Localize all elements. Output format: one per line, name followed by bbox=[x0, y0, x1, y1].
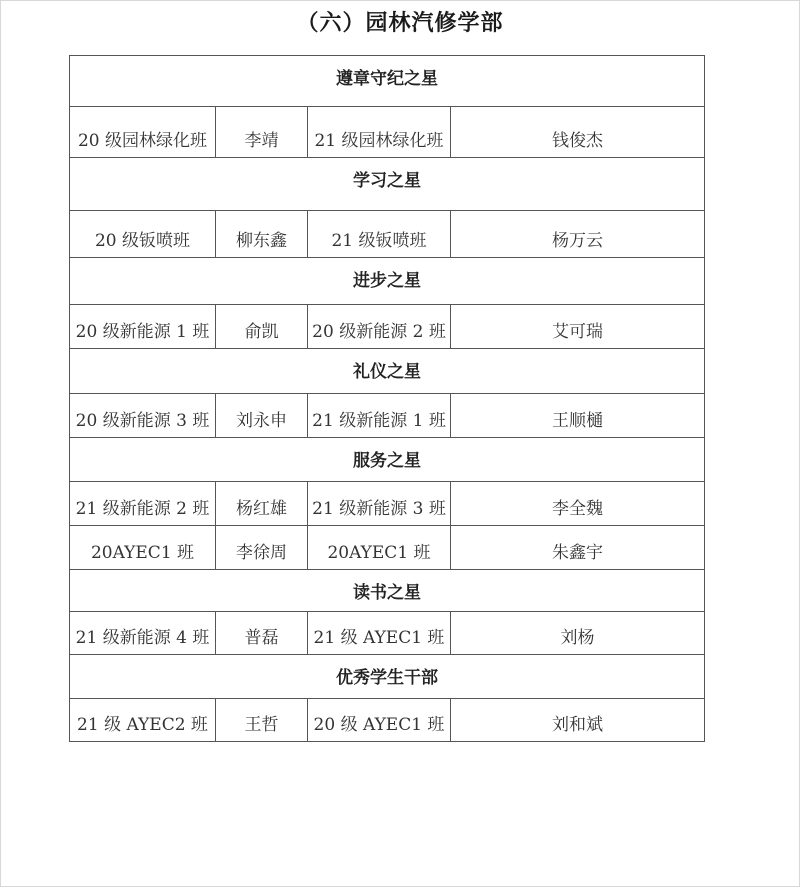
category-title: 优秀学生干部 bbox=[70, 655, 705, 699]
table-row: 21 级新能源 4 班 普磊 21 级 AYEC1 班 刘杨 bbox=[70, 612, 705, 655]
table-row: 21 级新能源 2 班 杨红雄 21 级新能源 3 班 李全魏 bbox=[70, 482, 705, 526]
table-row: 20AYEC1 班 李徐周 20AYEC1 班 朱鑫宇 bbox=[70, 526, 705, 570]
student-name-cell: 柳东鑫 bbox=[216, 211, 308, 258]
category-title: 学习之星 bbox=[70, 158, 705, 211]
category-row: 进步之星 bbox=[70, 258, 705, 305]
student-name-cell: 李徐周 bbox=[216, 526, 308, 570]
class-cell: 21 级园林绿化班 bbox=[308, 107, 451, 158]
student-name-cell: 朱鑫宇 bbox=[451, 526, 705, 570]
awards-table: 遵章守纪之星 20 级园林绿化班 李靖 21 级园林绿化班 钱俊杰 学习之星 2… bbox=[69, 55, 705, 742]
student-name-cell: 刘和斌 bbox=[451, 699, 705, 742]
student-name-cell: 艾可瑞 bbox=[451, 305, 705, 349]
section-title: （六）园林汽修学部 bbox=[0, 6, 800, 37]
category-title: 服务之星 bbox=[70, 438, 705, 482]
class-cell: 21 级 AYEC1 班 bbox=[308, 612, 451, 655]
class-cell: 21 级新能源 2 班 bbox=[70, 482, 216, 526]
class-cell: 21 级新能源 4 班 bbox=[70, 612, 216, 655]
category-title: 遵章守纪之星 bbox=[70, 56, 705, 107]
category-row: 礼仪之星 bbox=[70, 349, 705, 394]
student-name-cell: 俞凯 bbox=[216, 305, 308, 349]
student-name-cell: 刘杨 bbox=[451, 612, 705, 655]
class-cell: 20 级 AYEC1 班 bbox=[308, 699, 451, 742]
class-cell: 21 级新能源 3 班 bbox=[308, 482, 451, 526]
category-title: 礼仪之星 bbox=[70, 349, 705, 394]
category-row: 学习之星 bbox=[70, 158, 705, 211]
class-cell: 20AYEC1 班 bbox=[70, 526, 216, 570]
category-title: 读书之星 bbox=[70, 570, 705, 612]
student-name-cell: 刘永申 bbox=[216, 394, 308, 438]
student-name-cell: 李靖 bbox=[216, 107, 308, 158]
student-name-cell: 普磊 bbox=[216, 612, 308, 655]
student-name-cell: 钱俊杰 bbox=[451, 107, 705, 158]
table-row: 20 级新能源 1 班 俞凯 20 级新能源 2 班 艾可瑞 bbox=[70, 305, 705, 349]
category-row: 服务之星 bbox=[70, 438, 705, 482]
class-cell: 21 级 AYEC2 班 bbox=[70, 699, 216, 742]
student-name-cell: 王顺樋 bbox=[451, 394, 705, 438]
student-name-cell: 杨万云 bbox=[451, 211, 705, 258]
category-row: 优秀学生干部 bbox=[70, 655, 705, 699]
table-row: 20 级钣喷班 柳东鑫 21 级钣喷班 杨万云 bbox=[70, 211, 705, 258]
table-row: 21 级 AYEC2 班 王哲 20 级 AYEC1 班 刘和斌 bbox=[70, 699, 705, 742]
category-title: 进步之星 bbox=[70, 258, 705, 305]
class-cell: 20AYEC1 班 bbox=[308, 526, 451, 570]
student-name-cell: 李全魏 bbox=[451, 482, 705, 526]
class-cell: 20 级新能源 3 班 bbox=[70, 394, 216, 438]
student-name-cell: 杨红雄 bbox=[216, 482, 308, 526]
category-row: 读书之星 bbox=[70, 570, 705, 612]
class-cell: 20 级园林绿化班 bbox=[70, 107, 216, 158]
category-row: 遵章守纪之星 bbox=[70, 56, 705, 107]
table-row: 20 级新能源 3 班 刘永申 21 级新能源 1 班 王顺樋 bbox=[70, 394, 705, 438]
class-cell: 21 级新能源 1 班 bbox=[308, 394, 451, 438]
table-row: 20 级园林绿化班 李靖 21 级园林绿化班 钱俊杰 bbox=[70, 107, 705, 158]
class-cell: 20 级新能源 1 班 bbox=[70, 305, 216, 349]
class-cell: 21 级钣喷班 bbox=[308, 211, 451, 258]
class-cell: 20 级钣喷班 bbox=[70, 211, 216, 258]
class-cell: 20 级新能源 2 班 bbox=[308, 305, 451, 349]
student-name-cell: 王哲 bbox=[216, 699, 308, 742]
